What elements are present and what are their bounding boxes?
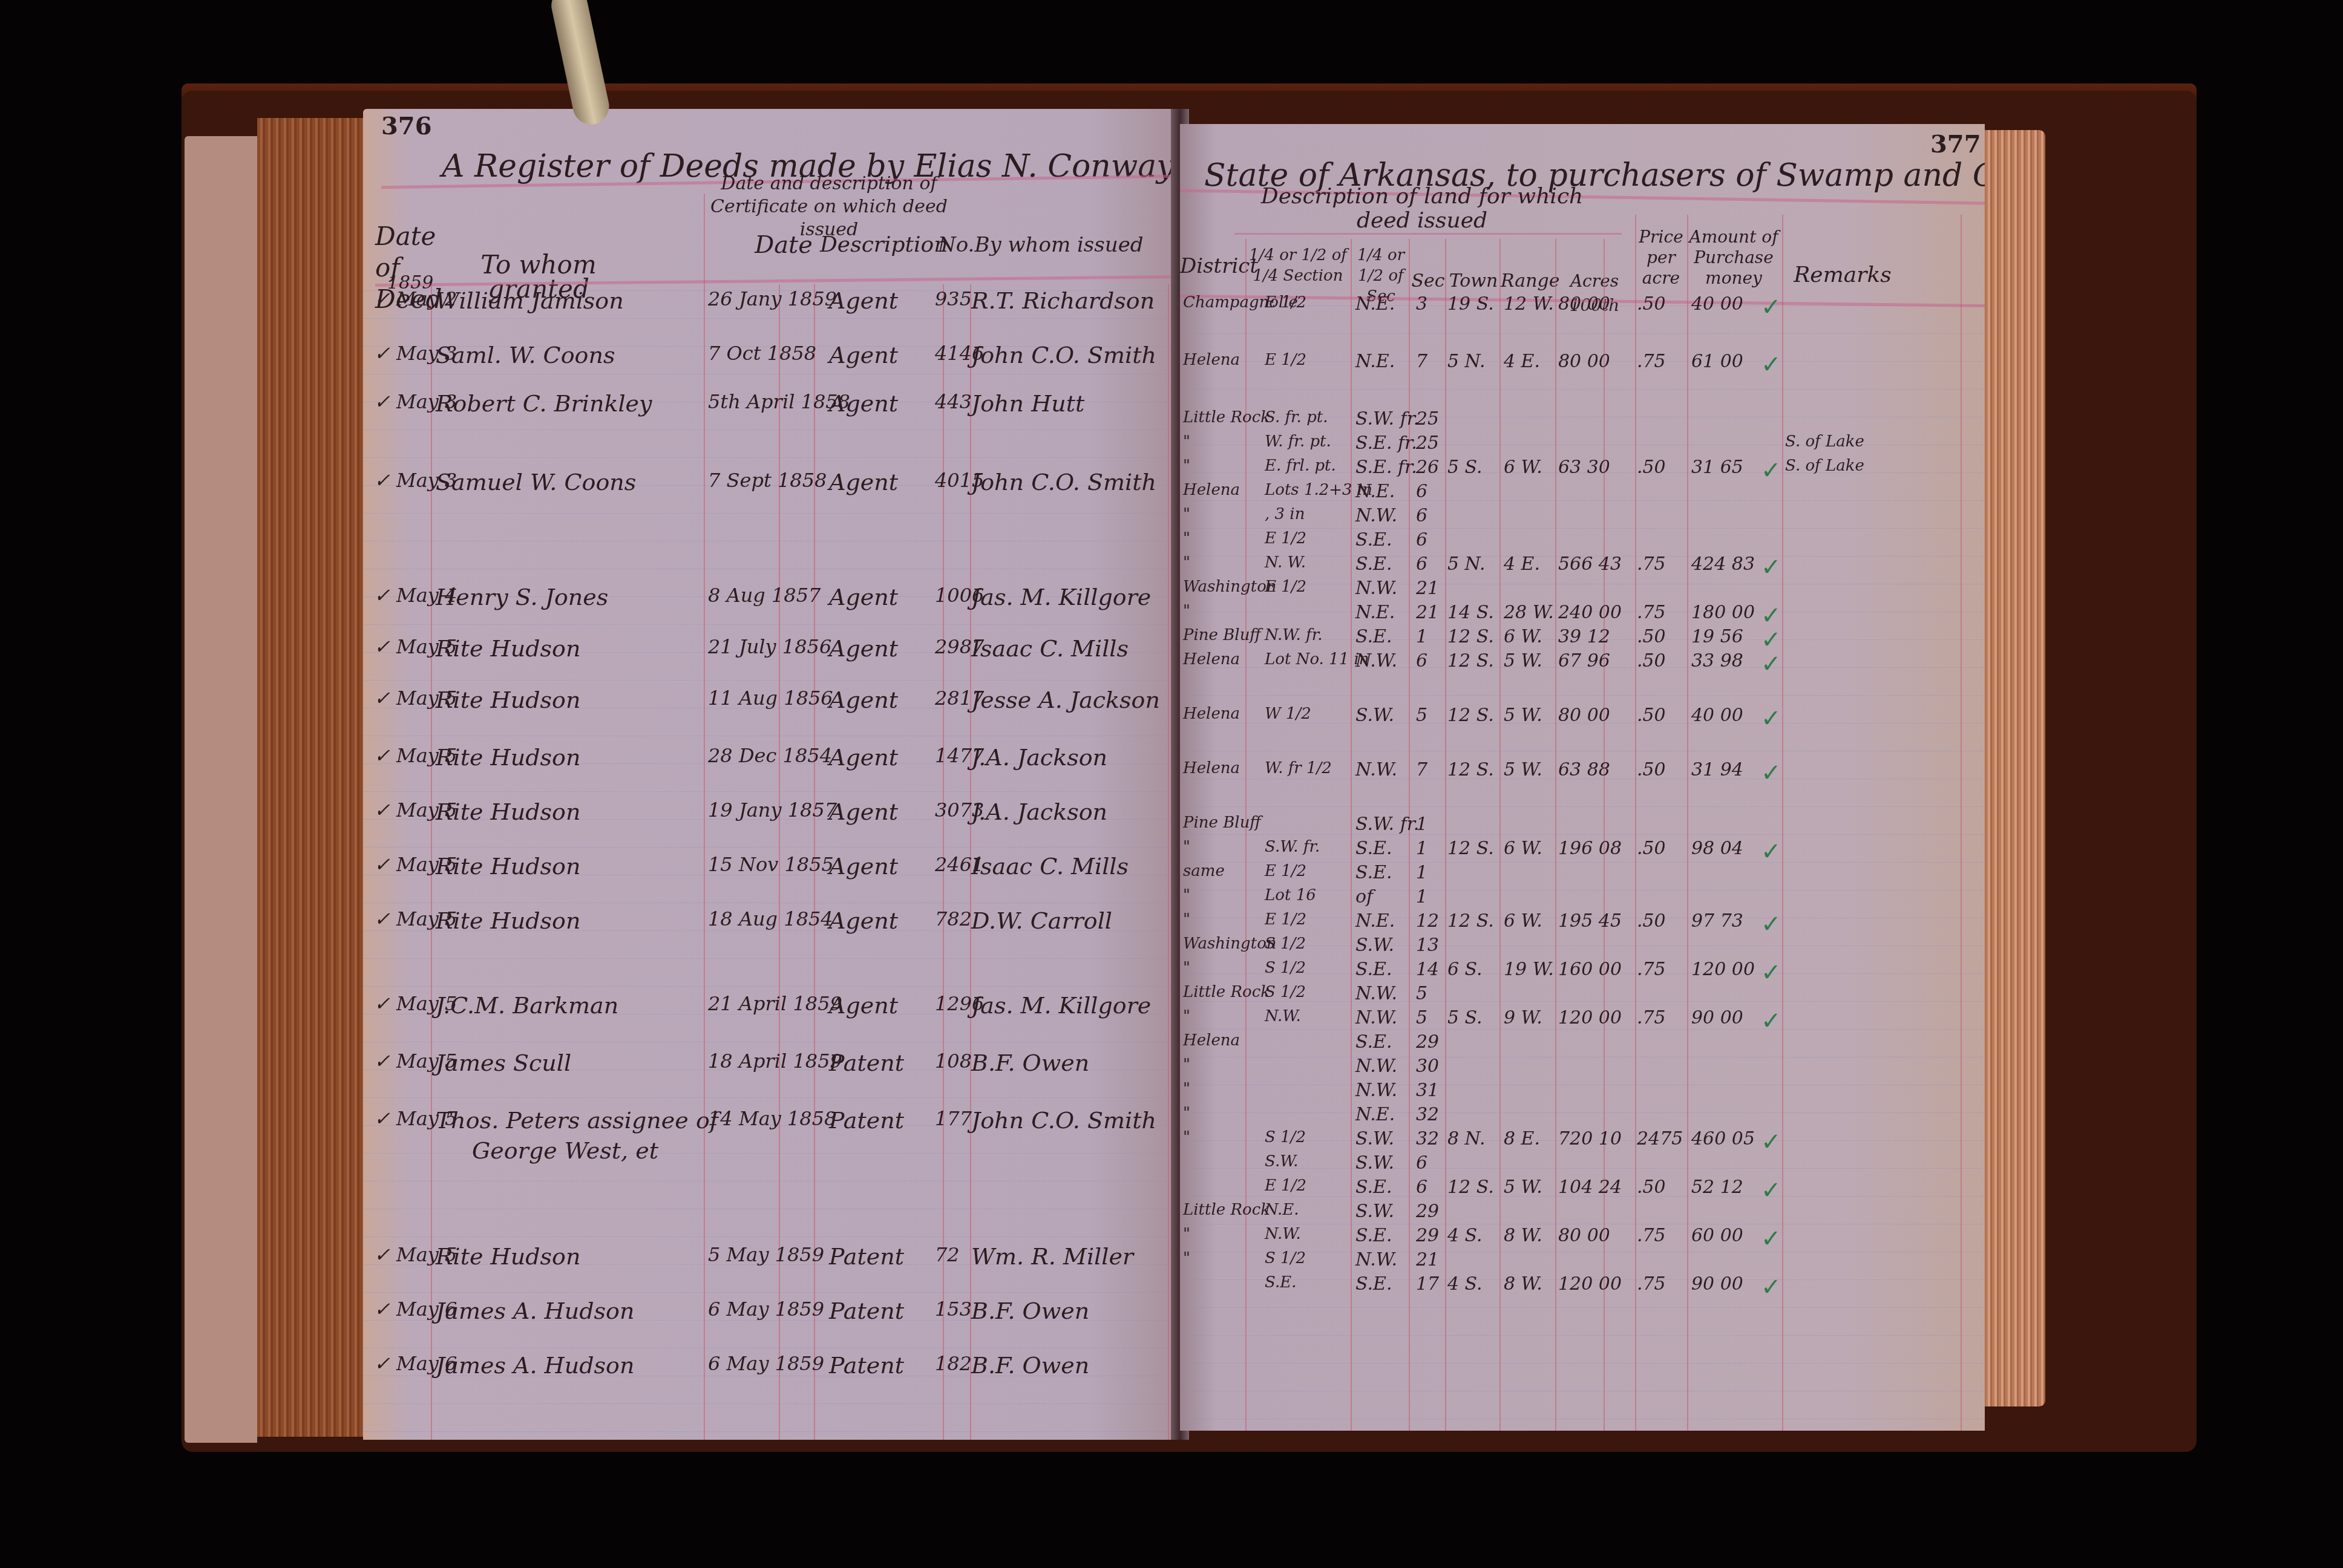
- section: 1: [1416, 838, 1427, 859]
- verified-check-icon: ✓: [1761, 838, 1781, 866]
- section: 3: [1416, 293, 1427, 315]
- header-no: No.: [938, 233, 962, 257]
- acres: 240 00: [1558, 602, 1622, 623]
- header-amount: Amount of Purchase money: [1688, 227, 1779, 289]
- left-page: 376 A Register of Deeds made by Elias N.…: [363, 109, 1180, 1440]
- ruled-line: [363, 374, 1180, 374]
- acres: 67 96: [1558, 650, 1610, 671]
- ruled-line: [1180, 751, 1985, 751]
- certificate-number: 153: [935, 1298, 972, 1321]
- ruled-line: [363, 1292, 1180, 1293]
- ruled-line: [363, 541, 1180, 541]
- header-certificate-group: Date and description of Certificate on w…: [702, 172, 956, 241]
- quarter-section: E 1/2: [1265, 910, 1306, 929]
- certificate-date: 11 Aug 1856: [708, 687, 833, 710]
- ruled-line: [363, 430, 1180, 430]
- quarter-section: E 1/2: [1265, 529, 1306, 547]
- ruled-line: [363, 791, 1180, 792]
- quarter-of-sec: S.W. fr.: [1355, 814, 1419, 835]
- quarter-of-sec: N.E.: [1355, 481, 1395, 502]
- header-remarks: Remarks: [1782, 263, 1903, 287]
- purchase-amount: 180 00: [1691, 602, 1755, 623]
- township: 12 S.: [1447, 838, 1494, 859]
- quarter-of-sec: S.W.: [1355, 705, 1394, 726]
- section: 5: [1416, 983, 1427, 1004]
- district: Pine Bluff: [1183, 626, 1261, 644]
- issued-by: Jas. M. Killgore: [971, 992, 1151, 1019]
- range: 19 W.: [1504, 959, 1554, 980]
- section: 6: [1416, 505, 1427, 526]
- ruled-line: [1180, 1224, 1985, 1224]
- verified-check-icon: ✓: [1761, 1007, 1781, 1035]
- quarter-of-sec: N.E.: [1355, 293, 1395, 315]
- quarter-of-sec: S.E. fr.: [1355, 433, 1417, 454]
- ruled-line: [363, 1042, 1180, 1042]
- certificate-date: 21 April 1859: [708, 992, 842, 1015]
- ruled-line: [363, 457, 1180, 458]
- district: ": [1183, 457, 1190, 475]
- certificate-description: Agent: [829, 687, 898, 713]
- quarter-section: W. fr 1/2: [1265, 759, 1332, 777]
- section: 32: [1416, 1104, 1439, 1125]
- quarter-of-sec: N.W.: [1355, 1056, 1397, 1077]
- quarter-section: S 1/2: [1265, 983, 1306, 1001]
- column-divider: [704, 194, 705, 1440]
- acres: 80 00: [1558, 1225, 1610, 1246]
- right-page-edges: [1979, 130, 2045, 1406]
- header-land-group: Description of land for which deed issue…: [1234, 185, 1610, 233]
- grantee-name: Rite Hudson: [436, 687, 580, 713]
- issued-by: J.A. Jackson: [971, 744, 1107, 771]
- verified-check-icon: ✓: [1761, 759, 1781, 787]
- range: 5 W.: [1504, 759, 1542, 780]
- section: 29: [1416, 1201, 1439, 1222]
- section: 17: [1416, 1273, 1439, 1295]
- ruled-line: [363, 1097, 1180, 1098]
- quarter-of-sec: S.W.: [1355, 1152, 1394, 1174]
- quarter-of-sec: N.E.: [1355, 1104, 1395, 1125]
- quarter-of-sec: S.W.: [1355, 1201, 1394, 1222]
- range: 5 W.: [1504, 1177, 1542, 1198]
- quarter-section: N. W.: [1265, 554, 1306, 572]
- purchase-amount: 19 56: [1691, 626, 1743, 647]
- range: 6 W.: [1504, 910, 1542, 932]
- township: 12 S.: [1447, 705, 1494, 726]
- purchase-amount: 60 00: [1691, 1225, 1743, 1246]
- quarter-section: S.E.: [1265, 1273, 1296, 1292]
- issued-by: Isaac C. Mills: [971, 853, 1129, 880]
- price-per-acre: .75: [1637, 602, 1666, 623]
- acres: 120 00: [1558, 1007, 1622, 1028]
- ruled-line: [1180, 834, 1985, 835]
- issued-by: Wm. R. Miller: [971, 1243, 1133, 1270]
- range: 8 E.: [1504, 1128, 1540, 1149]
- township: 14 S.: [1447, 602, 1494, 623]
- quarter-section: N.W.: [1265, 1225, 1301, 1243]
- ruled-line: [1180, 1307, 1985, 1308]
- grantee-name: Thos. Peters assignee of: [436, 1107, 718, 1134]
- certificate-date: 18 Aug 1854: [708, 907, 833, 930]
- grantee-name: Samuel W. Coons: [436, 469, 636, 495]
- column-divider: [1445, 239, 1446, 1431]
- range: 12 W.: [1504, 293, 1554, 315]
- grantee-name: William Jamison: [436, 287, 624, 314]
- section: 1: [1416, 886, 1427, 907]
- remarks: S. of Lake: [1785, 457, 1864, 475]
- grantee-name: Rite Hudson: [436, 799, 580, 825]
- certificate-description: Patent: [829, 1050, 904, 1076]
- price-per-acre: .50: [1637, 1177, 1666, 1198]
- district: ": [1183, 886, 1190, 904]
- ruled-line: [1180, 333, 1985, 334]
- district: ": [1183, 838, 1190, 856]
- ruled-line: [1180, 528, 1985, 529]
- grantee-name: Robert C. Brinkley: [436, 390, 652, 417]
- quarter-of-sec: N.W.: [1355, 983, 1397, 1004]
- quarter-of-sec: S.E.: [1355, 1177, 1392, 1198]
- certificate-number: 72: [935, 1243, 960, 1266]
- header-quarter-section: 1/4 or 1/2 of 1/4 Section: [1247, 245, 1349, 286]
- header-town: Town: [1446, 269, 1501, 293]
- certificate-description: Agent: [829, 287, 898, 314]
- quarter-of-sec: N.W.: [1355, 505, 1397, 526]
- section: 32: [1416, 1128, 1439, 1149]
- grantee-name: Rite Hudson: [436, 853, 580, 880]
- district: Helena: [1183, 481, 1240, 499]
- purchase-amount: 33 98: [1691, 650, 1743, 671]
- acres: 196 08: [1558, 838, 1622, 859]
- quarter-section: S.W.: [1265, 1152, 1299, 1171]
- section: 6: [1416, 650, 1427, 671]
- certificate-date: 8 Aug 1857: [708, 584, 821, 607]
- township: 12 S.: [1447, 759, 1494, 780]
- quarter-section: W. fr. pt.: [1265, 433, 1331, 451]
- grantee-name: James A. Hudson: [436, 1298, 634, 1324]
- district: ": [1183, 1128, 1190, 1146]
- verified-check-icon: ✓: [1761, 1225, 1781, 1253]
- quarter-section: S 1/2: [1265, 1128, 1306, 1146]
- certificate-description: Agent: [829, 469, 898, 495]
- endpaper: [185, 136, 257, 1443]
- ruled-line: [363, 958, 1180, 959]
- certificate-description: Patent: [829, 1243, 904, 1270]
- certificate-date: 14 May 1858: [708, 1107, 836, 1130]
- district: ": [1183, 910, 1190, 929]
- quarter-of-sec: N.W.: [1355, 1080, 1397, 1101]
- range: 5 W.: [1504, 650, 1542, 671]
- certificate-description: Patent: [829, 1298, 904, 1324]
- verified-check-icon: ✓: [1761, 351, 1781, 379]
- section: 1: [1416, 814, 1427, 835]
- certificate-description: Agent: [829, 907, 898, 934]
- section: 25: [1416, 408, 1439, 430]
- grantee-name: Henry S. Jones: [436, 584, 608, 610]
- purchase-amount: 52 12: [1691, 1177, 1743, 1198]
- certificate-description: Patent: [829, 1352, 904, 1379]
- district: Little Rock: [1183, 1201, 1270, 1219]
- township: 5 N.: [1447, 554, 1486, 575]
- verified-check-icon: ✓: [1761, 293, 1781, 321]
- certificate-date: 21 July 1856: [708, 635, 831, 658]
- quarter-section: E 1/2: [1265, 862, 1306, 880]
- quarter-of-sec: S.W.: [1355, 935, 1394, 956]
- quarter-section: S 1/2: [1265, 1249, 1306, 1267]
- purchase-amount: 90 00: [1691, 1007, 1743, 1028]
- district: Little Rock: [1183, 408, 1270, 426]
- district: Washington: [1183, 578, 1277, 596]
- quarter-of-sec: N.E.: [1355, 602, 1395, 623]
- section: 21: [1416, 578, 1439, 599]
- quarter-section: S 1/2: [1265, 959, 1306, 977]
- section: 6: [1416, 481, 1427, 502]
- grantee-name: Saml. W. Coons: [436, 342, 615, 368]
- header-district: District: [1180, 254, 1247, 278]
- ruled-line: [363, 847, 1180, 848]
- ruled-line: [363, 1209, 1180, 1209]
- quarter-section: Lot 16: [1265, 886, 1316, 904]
- certificate-description: Agent: [829, 744, 898, 771]
- verified-check-icon: ✓: [1761, 1177, 1781, 1204]
- left-page-edges: [257, 118, 363, 1437]
- quarter-of-sec: S.E.: [1355, 1031, 1392, 1053]
- purchase-amount: 31 94: [1691, 759, 1743, 780]
- grantee-name-continued: George West, et: [472, 1137, 658, 1164]
- section: 6: [1416, 554, 1427, 575]
- section: 5: [1416, 705, 1427, 726]
- acres: 63 30: [1558, 457, 1610, 478]
- acres: 80 00: [1558, 351, 1610, 372]
- header-range: Range: [1501, 269, 1555, 293]
- grantee-name: Rite Hudson: [436, 907, 580, 934]
- price-per-acre: .50: [1637, 838, 1666, 859]
- district: Little Rock: [1183, 983, 1270, 1001]
- column-divider: [1782, 215, 1783, 1431]
- verified-check-icon: ✓: [1761, 959, 1781, 987]
- quarter-of-sec: N.W.: [1355, 1007, 1397, 1028]
- acres: 39 12: [1558, 626, 1610, 647]
- ruled-line: [363, 1431, 1180, 1432]
- certificate-date: 7 Oct 1858: [708, 342, 816, 365]
- quarter-of-sec: S.E.: [1355, 1273, 1392, 1295]
- range: 28 W.: [1504, 602, 1554, 623]
- purchase-amount: 120 00: [1691, 959, 1755, 980]
- ruled-line: [1180, 1168, 1985, 1169]
- section: 30: [1416, 1056, 1439, 1077]
- township: 5 S.: [1447, 1007, 1483, 1028]
- column-divider: [1687, 215, 1688, 1431]
- range: 8 W.: [1504, 1225, 1542, 1246]
- section: 12: [1416, 910, 1439, 932]
- section: 13: [1416, 935, 1439, 956]
- issued-by: John C.O. Smith: [971, 469, 1156, 495]
- district: same: [1183, 862, 1225, 880]
- section: 6: [1416, 529, 1427, 550]
- quarter-section: E. frl. pt.: [1265, 457, 1336, 475]
- issued-by: D.W. Carroll: [971, 907, 1112, 934]
- certificate-description: Agent: [829, 635, 898, 662]
- verified-check-icon: ✓: [1761, 910, 1781, 938]
- acres: 120 00: [1558, 1273, 1622, 1295]
- ruled-line: [1180, 1029, 1985, 1030]
- issued-by: J.A. Jackson: [971, 799, 1107, 825]
- township: 6 S.: [1447, 959, 1483, 980]
- column-divider: [1635, 215, 1636, 1431]
- certificate-date: 7 Sept 1858: [708, 469, 827, 492]
- ruled-line: [363, 1403, 1180, 1404]
- issued-by: B.F. Owen: [971, 1298, 1089, 1324]
- price-per-acre: .75: [1637, 1225, 1666, 1246]
- verified-check-icon: ✓: [1761, 457, 1781, 485]
- quarter-section: N.W. fr.: [1265, 626, 1323, 644]
- range: 6 W.: [1504, 838, 1542, 859]
- certificate-description: Patent: [829, 1107, 904, 1134]
- quarter-of-sec: S.E.: [1355, 959, 1392, 980]
- acres: 160 00: [1558, 959, 1622, 980]
- ruled-line: [363, 1236, 1180, 1237]
- quarter-of-sec: S.E.: [1355, 862, 1392, 883]
- purchase-amount: 424 83: [1691, 554, 1755, 575]
- ruled-line: [363, 569, 1180, 569]
- purchase-amount: 97 73: [1691, 910, 1743, 932]
- district: ": [1183, 1104, 1190, 1122]
- quarter-of-sec: N.E.: [1355, 351, 1395, 372]
- price-per-acre: .75: [1637, 554, 1666, 575]
- purchase-amount: 98 04: [1691, 838, 1743, 859]
- issued-by: Jas. M. Killgore: [971, 584, 1151, 610]
- district: ": [1183, 529, 1190, 547]
- header-price: Price per acre: [1637, 227, 1685, 289]
- district: ": [1183, 1056, 1190, 1074]
- township: 5 N.: [1447, 351, 1486, 372]
- ruled-line: [1180, 389, 1985, 390]
- quarter-of-sec: S.E.: [1355, 529, 1392, 550]
- issued-by: Jesse A. Jackson: [971, 687, 1160, 713]
- verified-check-icon: ✓: [1761, 554, 1781, 581]
- ruled-line: [1180, 500, 1985, 501]
- acres: 80 00: [1558, 293, 1610, 315]
- purchase-amount: 31 65: [1691, 457, 1743, 478]
- issued-by: John C.O. Smith: [971, 1107, 1156, 1134]
- district: ": [1183, 1225, 1190, 1243]
- township: 4 S.: [1447, 1225, 1483, 1246]
- section: 6: [1416, 1152, 1427, 1174]
- quarter-of-sec: N.W.: [1355, 1249, 1397, 1270]
- quarter-section: E 1/2: [1265, 578, 1306, 596]
- district: Helena: [1183, 650, 1240, 668]
- quarter-of-sec: S.E.: [1355, 626, 1392, 647]
- certificate-number: 935: [935, 287, 972, 310]
- column-divider: [1499, 239, 1501, 1431]
- page-number-left: 376: [381, 112, 432, 140]
- issued-by: R.T. Richardson: [971, 287, 1155, 314]
- district: ": [1183, 554, 1190, 572]
- issued-by: Isaac C. Mills: [971, 635, 1129, 662]
- acres: 195 45: [1558, 910, 1622, 932]
- ruled-line: [1180, 1363, 1985, 1364]
- range: 4 E.: [1504, 554, 1540, 575]
- acres: 720 10: [1558, 1128, 1622, 1149]
- quarter-of-sec: of: [1355, 886, 1373, 907]
- range: 5 W.: [1504, 705, 1542, 726]
- price-per-acre: .50: [1637, 457, 1666, 478]
- grantee-name: Rite Hudson: [436, 1243, 580, 1270]
- ruled-line: [1180, 1085, 1985, 1085]
- quarter-of-sec: S.E.: [1355, 838, 1392, 859]
- acres: 80 00: [1558, 705, 1610, 726]
- header-date: Date: [750, 233, 817, 257]
- certificate-date: 18 April 1859: [708, 1050, 842, 1073]
- quarter-section: S 1/2: [1265, 935, 1306, 953]
- section: 7: [1416, 759, 1427, 780]
- verified-check-icon: ✓: [1761, 1273, 1781, 1301]
- certificate-number: 182: [935, 1352, 972, 1375]
- price-per-acre: .50: [1637, 759, 1666, 780]
- certificate-date: 19 Jany 1857: [708, 799, 837, 822]
- verified-check-icon: ✓: [1761, 1128, 1781, 1156]
- section: 25: [1416, 433, 1439, 454]
- certificate-date: 6 May 1859: [708, 1352, 824, 1375]
- section: 31: [1416, 1080, 1439, 1101]
- ruled-line: [363, 624, 1180, 625]
- township: 8 N.: [1447, 1128, 1486, 1149]
- ruled-line: [363, 736, 1180, 736]
- quarter-section: S. fr. pt.: [1265, 408, 1328, 426]
- quarter-of-sec: N.W.: [1355, 650, 1397, 671]
- purchase-amount: 40 00: [1691, 705, 1743, 726]
- section: 14: [1416, 959, 1439, 980]
- section: 6: [1416, 1177, 1427, 1198]
- right-page: 377 State of Arkansas, to purchasers of …: [1180, 124, 1985, 1431]
- price-per-acre: .75: [1637, 1007, 1666, 1028]
- district: ": [1183, 602, 1190, 620]
- header-sub-rule: [1234, 233, 1622, 235]
- certificate-number: 443: [935, 390, 972, 413]
- grantee-name: James Scull: [436, 1050, 571, 1076]
- certificate-number: 108: [935, 1050, 972, 1073]
- issued-by: B.F. Owen: [971, 1050, 1089, 1076]
- township: 12 S.: [1447, 910, 1494, 932]
- ruled-line: [1180, 1391, 1985, 1391]
- header-description: Description: [820, 233, 941, 257]
- district: ": [1183, 505, 1190, 523]
- acres: 63 88: [1558, 759, 1610, 780]
- quarter-section: N.E.: [1265, 1201, 1299, 1219]
- purchase-amount: 90 00: [1691, 1273, 1743, 1295]
- quarter-of-sec: S.W.: [1355, 1128, 1394, 1149]
- column-divider: [1961, 215, 1962, 1431]
- district: ": [1183, 1249, 1190, 1267]
- acres: 104 24: [1558, 1177, 1622, 1198]
- issued-by: John C.O. Smith: [971, 342, 1156, 368]
- quarter-section: E 1/2: [1265, 293, 1306, 312]
- section: 21: [1416, 602, 1439, 623]
- certificate-description: Agent: [829, 390, 898, 417]
- grantee-name: Rite Hudson: [436, 635, 580, 662]
- certificate-description: Agent: [829, 853, 898, 880]
- purchase-amount: 460 05: [1691, 1128, 1755, 1149]
- quarter-of-sec: N.W.: [1355, 759, 1397, 780]
- district: ": [1183, 1080, 1190, 1098]
- certificate-description: Agent: [829, 584, 898, 610]
- header-by-whom-issued: By whom issued: [968, 233, 1150, 257]
- quarter-of-sec: S.W. fr.: [1355, 408, 1419, 430]
- price-per-acre: .50: [1637, 650, 1666, 671]
- quarter-of-sec: S.E.: [1355, 554, 1392, 575]
- issued-by: John Hutt: [971, 390, 1084, 417]
- grantee-name: James A. Hudson: [436, 1352, 634, 1379]
- price-per-acre: .50: [1637, 626, 1666, 647]
- township: 19 S.: [1447, 293, 1494, 315]
